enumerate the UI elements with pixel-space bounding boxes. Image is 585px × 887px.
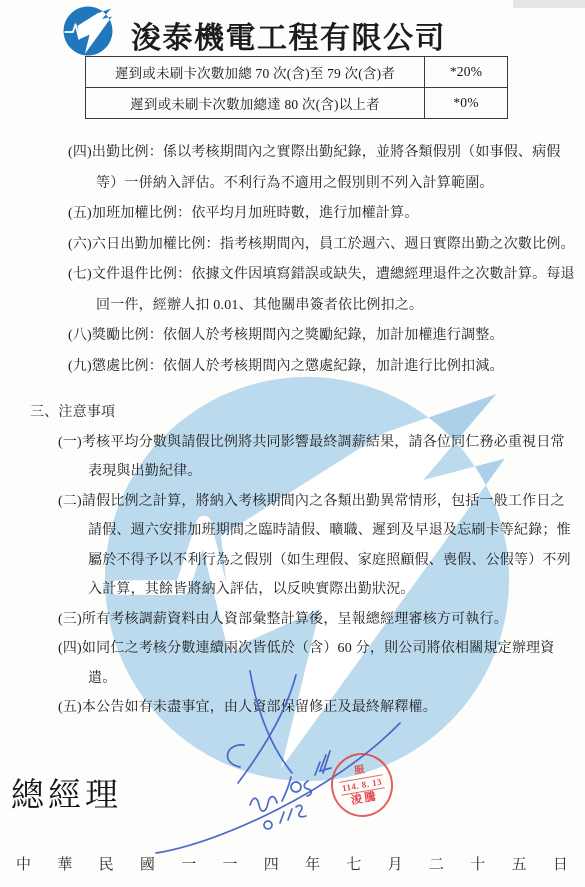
date-char: 二 xyxy=(429,853,444,874)
scan-artifact xyxy=(513,0,585,8)
note-item-line: (一)考核平均分數與請假比例將共同影響最終調薪結果，請各位同仁務必重視日常 xyxy=(58,428,570,458)
date-char: 民 xyxy=(99,853,114,874)
table-row: 遲到或未刷卡次數加總 70 次(含)至 79 次(含)者 *20% xyxy=(86,57,507,87)
criteria-item-line: (五)加班加權比例：依平均月加班時數，進行加權計算。 xyxy=(68,199,568,230)
criteria-item-line: (四)出勤比例：係以考核期間內之實際出勤紀錄，並將各類假別（如事假、病假 xyxy=(68,138,568,169)
date-char: 華 xyxy=(57,853,72,874)
table-cell-label: 遲到或未刷卡次數加總達 80 次(含)以上者 xyxy=(86,88,425,118)
date-char: 中 xyxy=(16,853,31,874)
criteria-item-line: (九)懲處比例：依個人於考核期間內之懲處紀錄，加計進行比例扣減。 xyxy=(68,352,568,383)
note-item-line: (二)請假比例之計算，將納入考核期間內之各類出勤異常情形，包括一般工作日之 xyxy=(58,487,570,517)
note-item-line: 請假、週六安排加班期間之臨時請假、曠職、遲到及早退及忘刷卡等紀錄；惟 xyxy=(88,516,570,546)
notes-heading: 三、注意事項 xyxy=(30,398,570,428)
criteria-list: (四)出勤比例：係以考核期間內之實際出勤紀錄，並將各類假別（如事假、病假 等）一… xyxy=(68,138,568,382)
date-stamp: 服 114. 8. 13 浚騰 xyxy=(326,748,398,822)
date-char: 十 xyxy=(470,853,485,874)
company-name: 浚泰機電工程有限公司 xyxy=(131,13,446,57)
document-page: 浚泰機電工程有限公司 遲到或未刷卡次數加總 70 次(含)至 79 次(含)者 … xyxy=(0,0,585,887)
criteria-item-line: (八)獎勵比例：依個人於考核期間內之獎勵紀錄，加計加權進行調整。 xyxy=(68,321,568,352)
note-item-line: 入計算，其餘皆將納入評估，以反映實際出勤狀況。 xyxy=(88,575,570,605)
note-item-line: 屬於不得予以不利行為之假別（如生理假、家庭照顧假、喪假、公假等）不列 xyxy=(88,546,570,576)
company-logo-icon xyxy=(62,5,114,57)
criteria-item-line: (六)六日出勤加權比例：指考核期間內，員工於週六、週日實際出勤之次數比例。 xyxy=(68,230,568,261)
criteria-item-line: 回一件，經辦人扣 0.01、其他關串簽者依比例扣之。 xyxy=(96,291,568,322)
note-item-line: (三)所有考核調薪資料由人資部彙整計算後，呈報總經理審核方可執行。 xyxy=(58,605,570,635)
criteria-item-line: (七)文件退件比例：依據文件因填寫錯誤或缺失，遭總經理退件之次數計算。每退 xyxy=(68,260,568,291)
penalty-table: 遲到或未刷卡次數加總 70 次(含)至 79 次(含)者 *20% 遲到或未刷卡… xyxy=(85,56,508,119)
table-cell-label: 遲到或未刷卡次數加總 70 次(含)至 79 次(含)者 xyxy=(86,57,425,87)
general-manager-title: 總經理 xyxy=(11,769,122,816)
table-row: 遲到或未刷卡次數加總達 80 次(含)以上者 *0% xyxy=(86,87,507,118)
date-stamp-inner: 服 114. 8. 13 浚騰 xyxy=(326,748,398,822)
date-char: 五 xyxy=(512,853,527,874)
table-cell-value: *0% xyxy=(425,88,507,118)
table-cell-value: *20% xyxy=(425,57,507,87)
stamp-top-text: 服 xyxy=(354,764,366,778)
date-char: 日 xyxy=(553,853,568,874)
criteria-item-line: 等）一併納入評估。不利行為不適用之假別則不列入計算範圍。 xyxy=(96,169,568,200)
note-item-line: 表現與出勤紀律。 xyxy=(88,457,570,487)
